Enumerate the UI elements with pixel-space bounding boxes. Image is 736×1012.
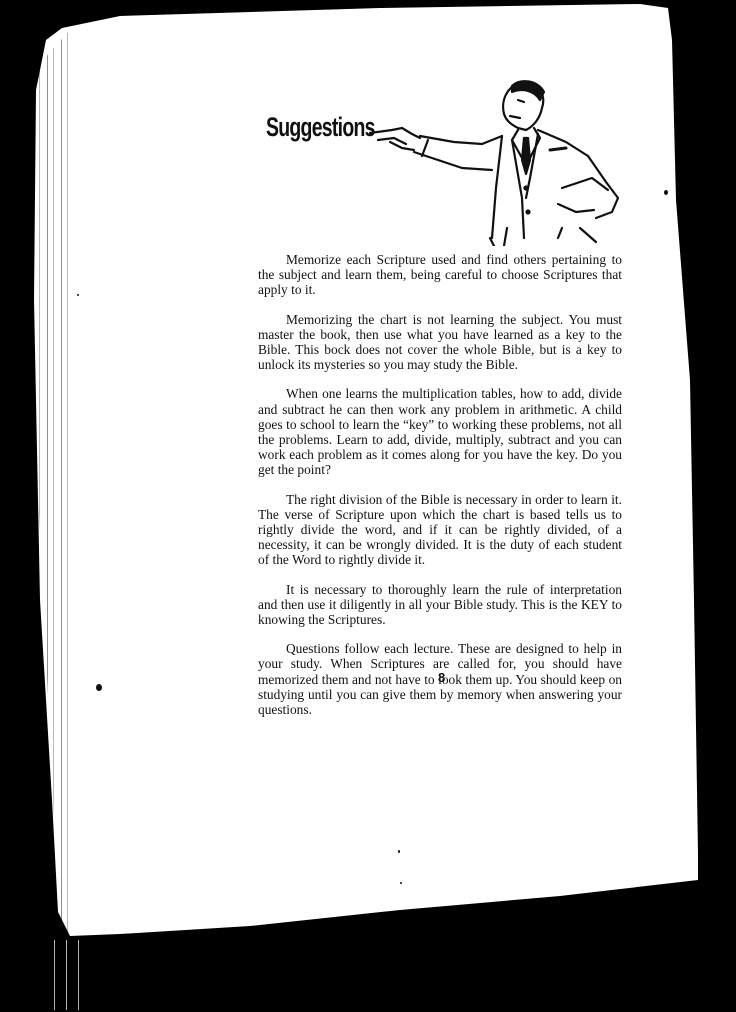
page-title: Suggestions (266, 112, 375, 143)
body-text: Memorize each Scripture used and find ot… (258, 252, 622, 731)
ink-speck (664, 190, 668, 195)
paragraph-5: It is necessary to thoroughly learn the … (258, 582, 622, 628)
paragraph-1: Memorize each Scripture used and find ot… (258, 252, 622, 298)
book-spine-edge (30, 30, 70, 940)
book-spine-bottom (50, 940, 80, 1010)
page-number: 8 (438, 670, 445, 685)
scanned-page-background: Suggestions (0, 0, 736, 1012)
ink-speck (400, 882, 402, 884)
paragraph-2: Memorizing the chart is not learning the… (258, 312, 622, 373)
ink-speck (398, 850, 400, 853)
paragraph-3: When one learns the multiplication table… (258, 386, 622, 477)
paragraph-4: The right division of the Bible is neces… (258, 492, 622, 568)
pointing-man-illustration (362, 78, 632, 246)
ink-speck (77, 294, 79, 296)
ink-speck (96, 684, 102, 691)
